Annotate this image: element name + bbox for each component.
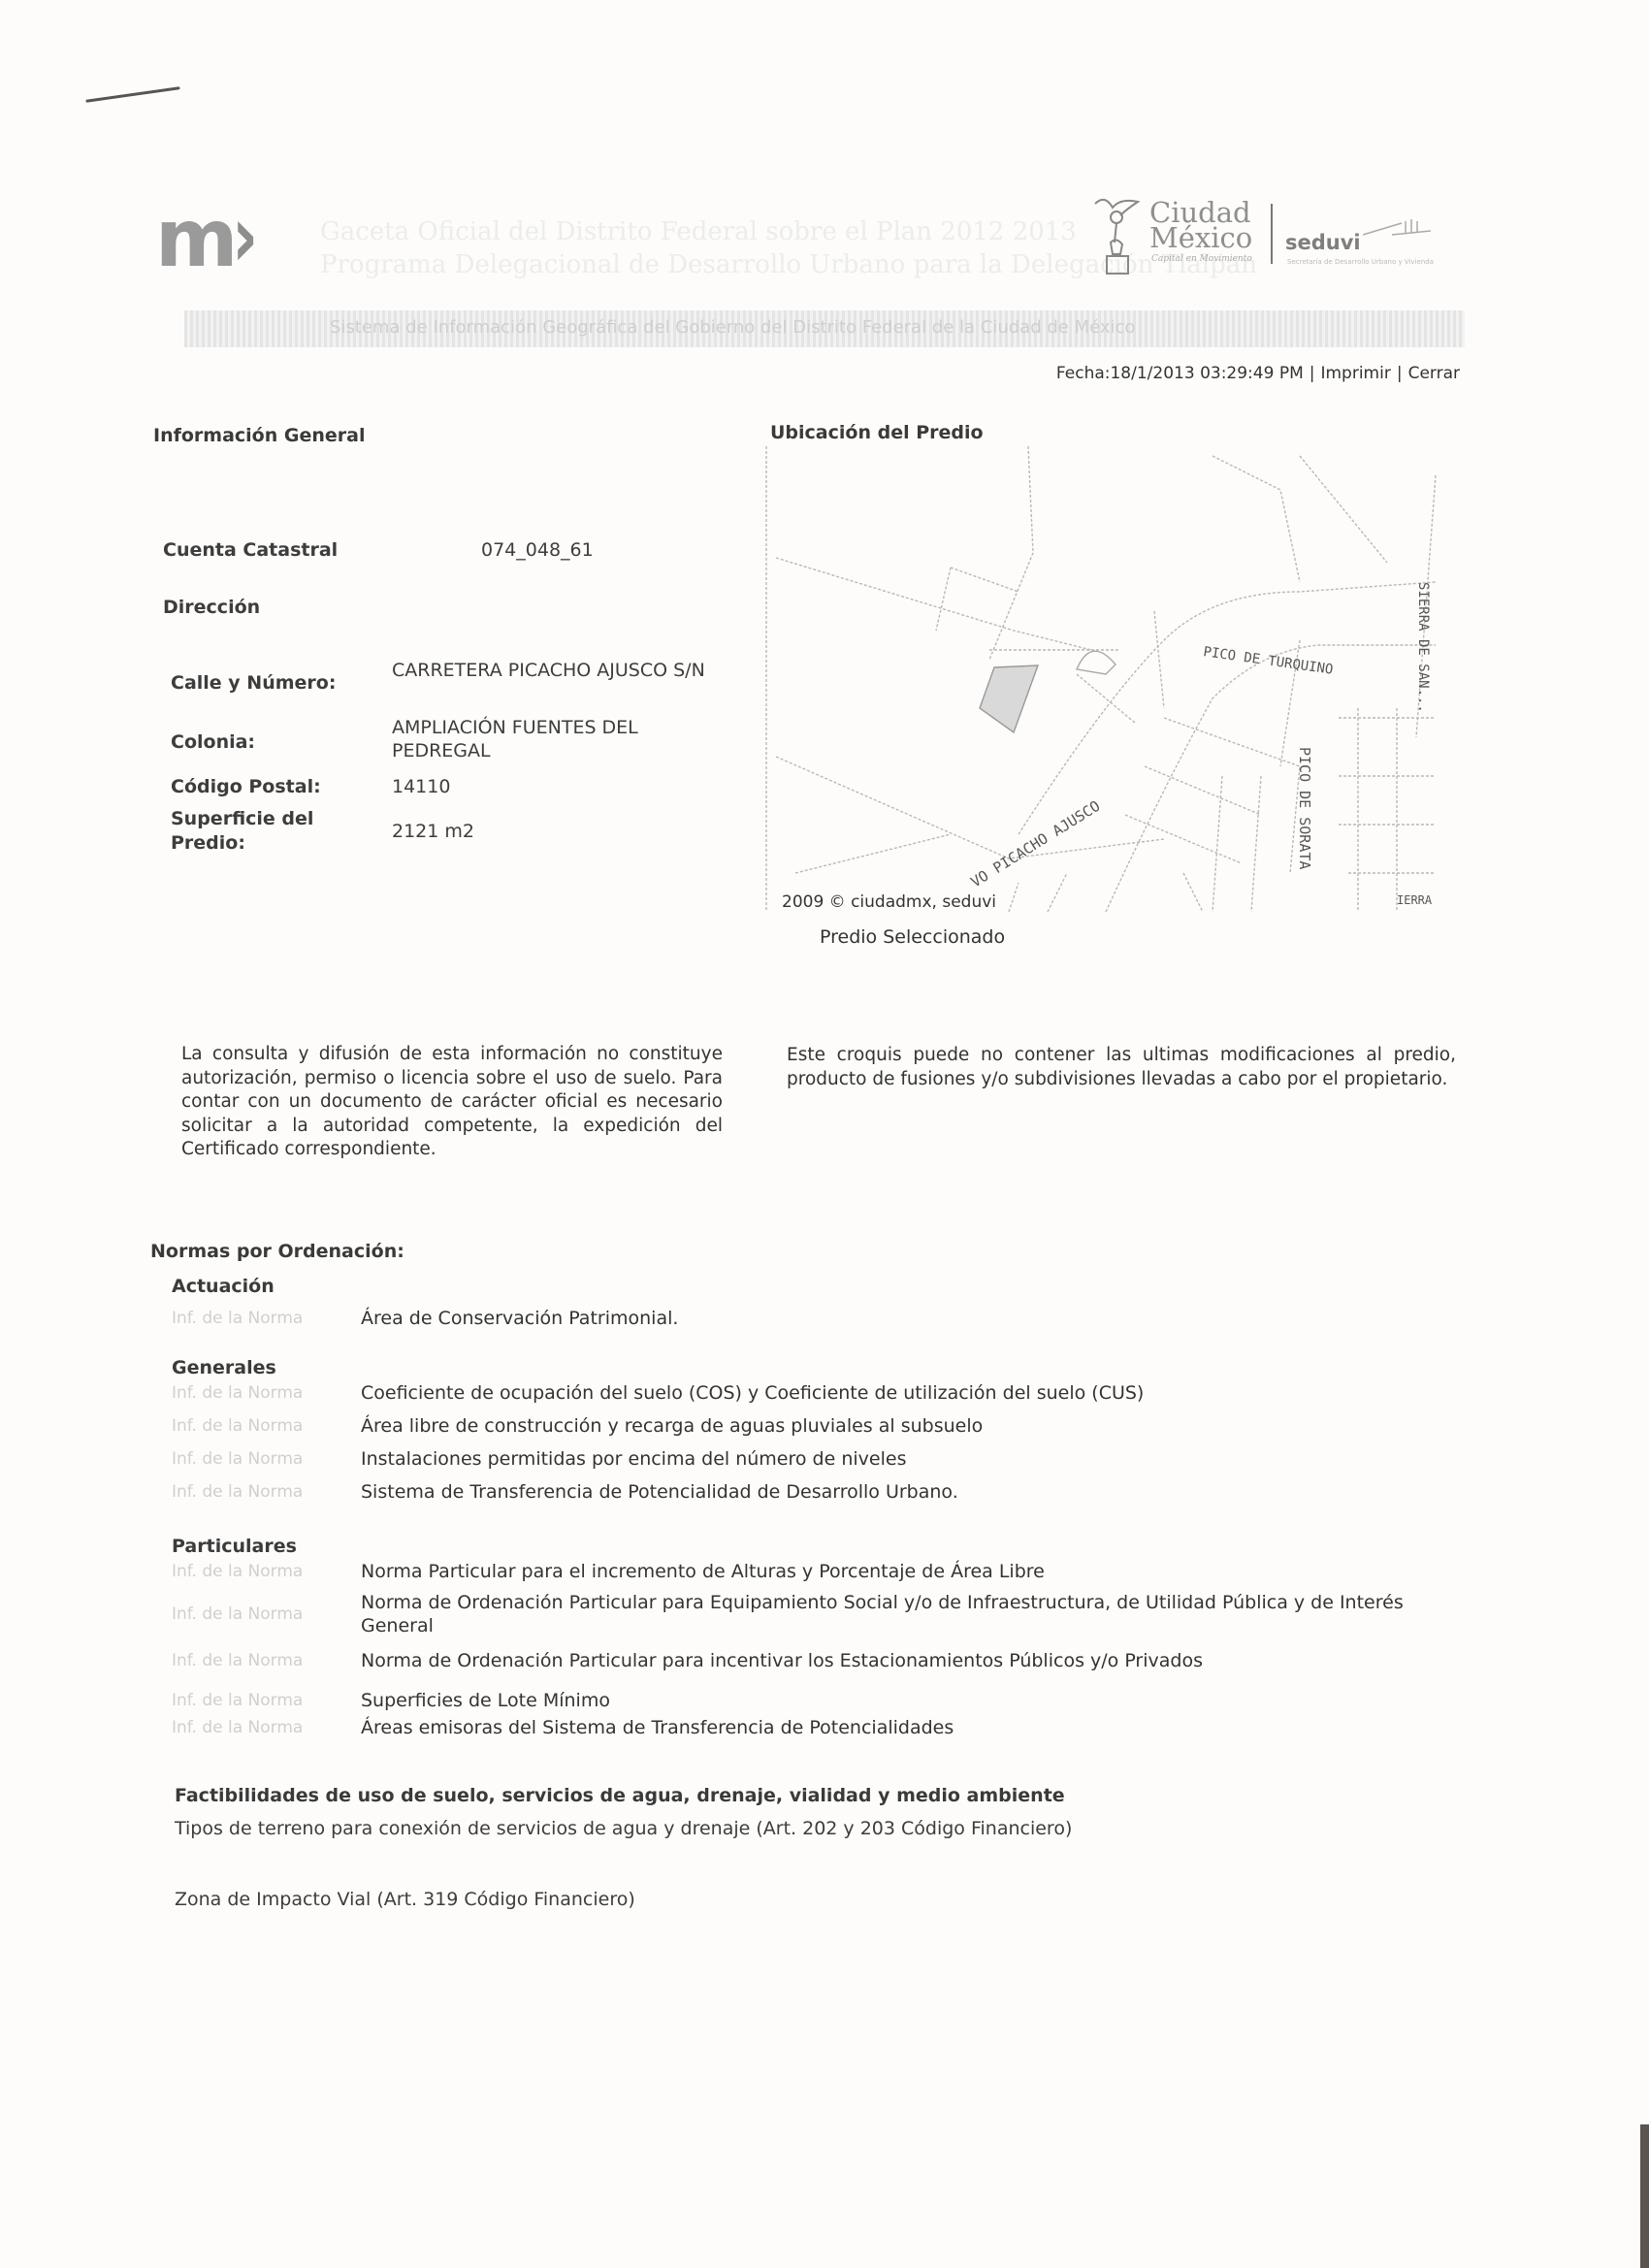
inf-norma-link[interactable]: Inf. de la Norma — [172, 1447, 361, 1471]
colonia-value: AMPLIACIÓN FUENTES DEL PEDREGAL — [392, 716, 722, 762]
inf-norma-link[interactable]: Inf. de la Norma — [172, 1307, 361, 1330]
map-drawing: PICO DE TURQUINO SIERRA DE SAN... PICO D… — [757, 446, 1455, 912]
calle-label: Calle y Número: — [171, 671, 336, 696]
norma-text: Instalaciones permitidas por encima del … — [361, 1447, 1462, 1471]
norma-text: Superficies de Lote Mínimo — [361, 1689, 1462, 1712]
disclaimer-left: La consulta y difusión de esta informaci… — [181, 1043, 723, 1162]
norma-row: Inf. de la Norma Norma de Ordenación Par… — [172, 1591, 1462, 1637]
info-general-title: Información General — [153, 425, 365, 446]
norma-row: Inf. de la Norma Sistema de Transferenci… — [172, 1480, 1462, 1504]
calle-value: CARRETERA PICACHO AJUSCO S/N — [392, 659, 722, 682]
codigo-postal-value: 14110 — [392, 775, 450, 798]
building-icon — [1363, 217, 1431, 239]
norma-row: Inf. de la Norma Área de Conservación Pa… — [172, 1307, 1462, 1330]
norma-row: Inf. de la Norma Coeficiente de ocupació… — [172, 1381, 1462, 1405]
norma-text: Norma de Ordenación Particular para ince… — [361, 1649, 1462, 1672]
norma-text: Norma Particular para el incremento de A… — [361, 1560, 1462, 1583]
ubicacion-title: Ubicación del Predio — [770, 422, 984, 443]
norma-row: Inf. de la Norma Área libre de construcc… — [172, 1414, 1462, 1438]
superficie-label: Superficie del Predio: — [171, 807, 355, 856]
normas-title: Normas por Ordenación: — [150, 1241, 404, 1262]
imprimir-link[interactable]: Imprimir — [1320, 364, 1390, 383]
colonia-label: Colonia: — [171, 730, 255, 755]
map-copyright: 2009 © ciudadmx, seduvi — [782, 892, 996, 912]
banner-text: Sistema de Información Geográfica del Go… — [330, 317, 1135, 338]
chevron-icon: › — [232, 194, 255, 279]
svg-text:PICO DE TURQUINO: PICO DE TURQUINO — [1202, 644, 1334, 678]
inf-norma-link[interactable]: Inf. de la Norma — [172, 1689, 361, 1712]
norma-row: Inf. de la Norma Superficies de Lote Mín… — [172, 1689, 1462, 1712]
norma-text: Área de Conservación Patrimonial. — [361, 1307, 1462, 1330]
norma-row: Inf. de la Norma Norma de Ordenación Par… — [172, 1649, 1462, 1672]
selected-parcel — [980, 665, 1038, 732]
codigo-postal-label: Código Postal: — [171, 775, 321, 799]
factibilidad-agua: Tipos de terreno para conexión de servic… — [175, 1817, 1072, 1840]
norma-text: Área libre de construcción y recarga de … — [361, 1414, 1462, 1438]
logo-divider — [1271, 204, 1273, 264]
separator: | — [1397, 364, 1403, 383]
cuenta-catastral-label: Cuenta Catastral — [163, 538, 338, 563]
seduvi-wordmark: seduvi — [1285, 231, 1361, 254]
cuenta-catastral-value: 074_048_61 — [481, 538, 594, 562]
inf-norma-link[interactable]: Inf. de la Norma — [172, 1560, 361, 1583]
direccion-label: Dirección — [163, 596, 260, 620]
svg-text:SIERRA DE SAN...: SIERRA DE SAN... — [1415, 582, 1431, 713]
scan-edge — [1640, 2124, 1649, 2268]
separator: | — [1309, 364, 1315, 383]
angel-independencia-icon — [1091, 194, 1144, 275]
mx-logo: m› — [155, 194, 260, 279]
inf-norma-link[interactable]: Inf. de la Norma — [172, 1603, 361, 1626]
norma-row: Inf. de la Norma Instalaciones permitida… — [172, 1447, 1462, 1471]
actuacion-title: Actuación — [172, 1276, 275, 1297]
norma-text: Áreas emisoras del Sistema de Transferen… — [361, 1716, 1462, 1739]
map-caption: Predio Seleccionado — [820, 926, 1005, 948]
inf-norma-link[interactable]: Inf. de la Norma — [172, 1649, 361, 1672]
pen-mark — [85, 86, 179, 103]
particulares-title: Particulares — [172, 1536, 297, 1557]
fecha-text: Fecha:18/1/2013 03:29:49 PM — [1056, 364, 1304, 383]
generales-title: Generales — [172, 1357, 276, 1378]
inf-norma-link[interactable]: Inf. de la Norma — [172, 1381, 361, 1405]
inf-norma-link[interactable]: Inf. de la Norma — [172, 1414, 361, 1438]
factibilidad-vial: Zona de Impacto Vial (Art. 319 Código Fi… — [175, 1888, 635, 1911]
superficie-value: 2121 m2 — [392, 820, 474, 843]
cdmx-tagline: Capital en Movimiento — [1151, 254, 1252, 264]
norma-text: Sistema de Transferencia de Potencialida… — [361, 1480, 1462, 1504]
seduvi-tagline: Secretaría de Desarrollo Urbano y Vivien… — [1287, 258, 1434, 266]
disclaimer-right: Este croquis puede no contener las ultim… — [787, 1044, 1456, 1091]
svg-text:IERRA: IERRA — [1397, 893, 1433, 907]
norma-row: Inf. de la Norma Áreas emisoras del Sist… — [172, 1716, 1462, 1739]
date-toolbar: Fecha:18/1/2013 03:29:49 PM|Imprimir|Cer… — [1056, 364, 1460, 383]
svg-text:PICO DE SORATA: PICO DE SORATA — [1296, 747, 1313, 869]
inf-norma-link[interactable]: Inf. de la Norma — [172, 1480, 361, 1504]
cdmx-wordmark: Ciudad México — [1149, 200, 1252, 250]
factibilidades-title: Factibilidades de uso de suelo, servicio… — [175, 1785, 1065, 1806]
cdmx-seduvi-logo: Ciudad México Capital en Movimiento sedu… — [1091, 190, 1479, 277]
norma-text: Norma de Ordenación Particular para Equi… — [361, 1591, 1462, 1637]
norma-text: Coeficiente de ocupación del suelo (COS)… — [361, 1381, 1462, 1405]
norma-row: Inf. de la Norma Norma Particular para e… — [172, 1560, 1462, 1583]
svg-text:VO PICACHO AJUSCO: VO PICACHO AJUSCO — [968, 797, 1104, 891]
cerrar-link[interactable]: Cerrar — [1408, 364, 1460, 383]
inf-norma-link[interactable]: Inf. de la Norma — [172, 1716, 361, 1739]
location-map[interactable]: PICO DE TURQUINO SIERRA DE SAN... PICO D… — [757, 446, 1455, 912]
